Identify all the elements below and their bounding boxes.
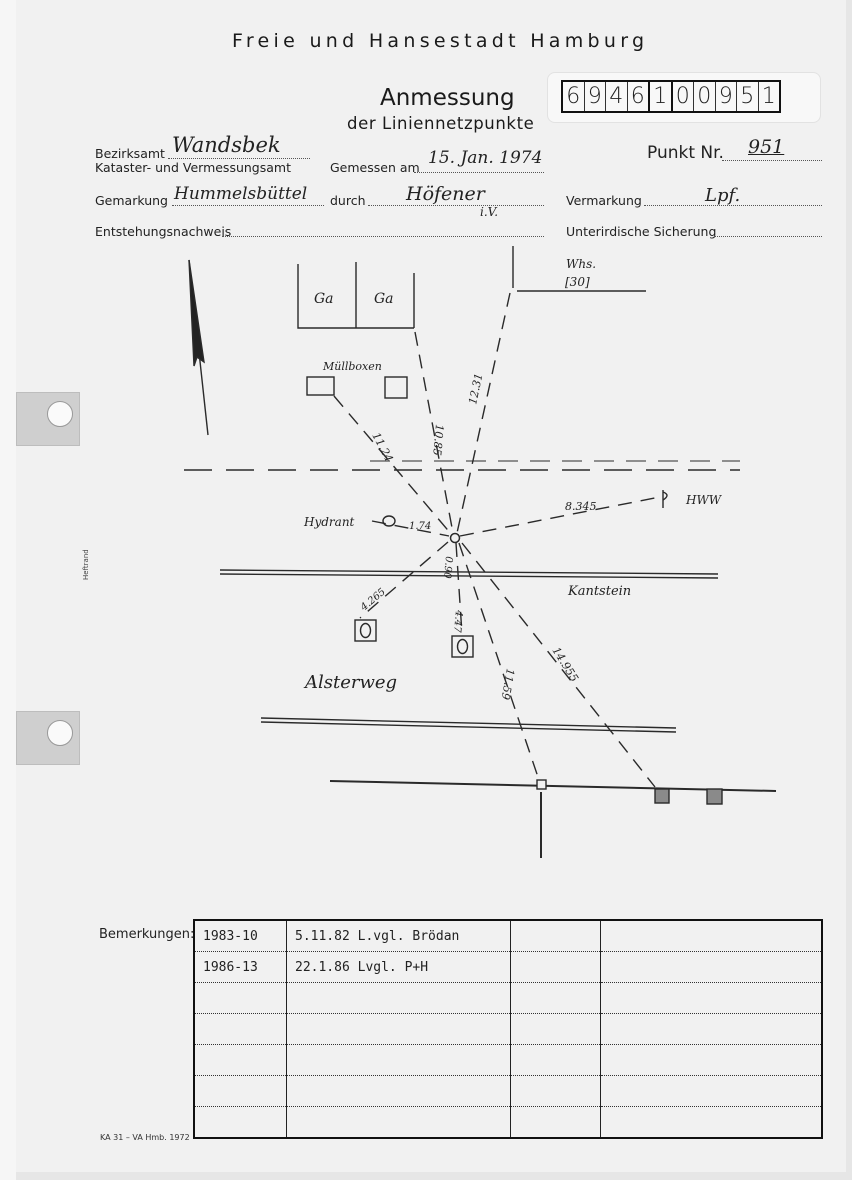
remarks-row xyxy=(194,1076,822,1107)
remarks-cell xyxy=(194,1045,287,1076)
remarks-cell xyxy=(194,1076,287,1107)
curb-label: Kantstein xyxy=(567,584,631,599)
remarks-cell xyxy=(511,1107,601,1139)
remarks-row xyxy=(194,1014,822,1045)
remarks-cell xyxy=(194,983,287,1014)
survey-form-page: Heftrand Freie und Hansestadt Hamburg An… xyxy=(0,0,846,1172)
remarks-cell xyxy=(601,983,823,1014)
remarks-row xyxy=(194,1045,822,1076)
remarks-cell: 22.1.86 Lvgl. P+H xyxy=(287,952,511,983)
bins-label: Müllboxen xyxy=(322,360,382,373)
hydrant-label: Hydrant xyxy=(303,515,355,529)
remarks-cell xyxy=(601,1107,823,1139)
measurement-lamp-left: 4.265 xyxy=(358,586,388,613)
garage-label-2: Ga xyxy=(374,291,394,307)
building-number: [30] xyxy=(565,275,590,289)
remarks-cell xyxy=(601,1076,823,1107)
remarks-cell xyxy=(511,1045,601,1076)
measurement-hydrant: 1.74 xyxy=(409,521,431,532)
remarks-cell xyxy=(287,1014,511,1045)
measurement-bin: 11.24 xyxy=(369,430,395,464)
remarks-label: Bemerkungen: xyxy=(99,927,194,942)
remarks-cell xyxy=(194,1014,287,1045)
survey-sketch: Ga Ga Whs. [30] Müllboxen Hydrant HWW Ka… xyxy=(0,0,852,900)
remarks-row: 1983-105.11.82 L.vgl. Brödan xyxy=(194,920,822,952)
remarks-cell xyxy=(194,1107,287,1139)
remarks-cell xyxy=(511,983,601,1014)
measurement-hww: 8.345 xyxy=(565,500,597,513)
measurement-pillar: 14.955 xyxy=(549,645,580,685)
measurement-post: 11.59 xyxy=(499,667,517,700)
remarks-cell xyxy=(511,1076,601,1107)
remarks-cell xyxy=(287,1107,511,1139)
remarks-cell xyxy=(601,1045,823,1076)
remarks-cell xyxy=(287,1045,511,1076)
remarks-row xyxy=(194,1107,822,1139)
hww-label: HWW xyxy=(685,493,723,507)
remarks-cell xyxy=(511,1014,601,1045)
form-code: KA 31 – VA Hmb. 1972 xyxy=(100,1133,190,1142)
remarks-cell xyxy=(287,983,511,1014)
remarks-cell: 5.11.82 L.vgl. Brödan xyxy=(287,920,511,952)
measurement-lamp-right: 4.47 xyxy=(451,609,464,634)
remarks-cell xyxy=(601,952,823,983)
garage-label-1: Ga xyxy=(314,291,334,307)
remarks-cell xyxy=(287,1076,511,1107)
remarks-row: 1986-1322.1.86 Lvgl. P+H xyxy=(194,952,822,983)
remarks-cell xyxy=(511,920,601,952)
measurement-garage: 10.85 xyxy=(430,424,446,457)
street-label: Alsterweg xyxy=(303,672,397,693)
building-label: Whs. xyxy=(566,257,596,271)
remarks-table: 1983-105.11.82 L.vgl. Brödan1986-1322.1.… xyxy=(193,919,823,1139)
remarks-cell xyxy=(601,920,823,952)
remarks-cell: 1986-13 xyxy=(194,952,287,983)
north-arrow-icon xyxy=(189,260,208,435)
remarks-row xyxy=(194,983,822,1014)
measurement-building: 12.31 xyxy=(466,372,485,406)
measurement-curb: 0.90 xyxy=(441,556,454,580)
remarks-cell xyxy=(601,1014,823,1045)
remarks-cell xyxy=(511,952,601,983)
